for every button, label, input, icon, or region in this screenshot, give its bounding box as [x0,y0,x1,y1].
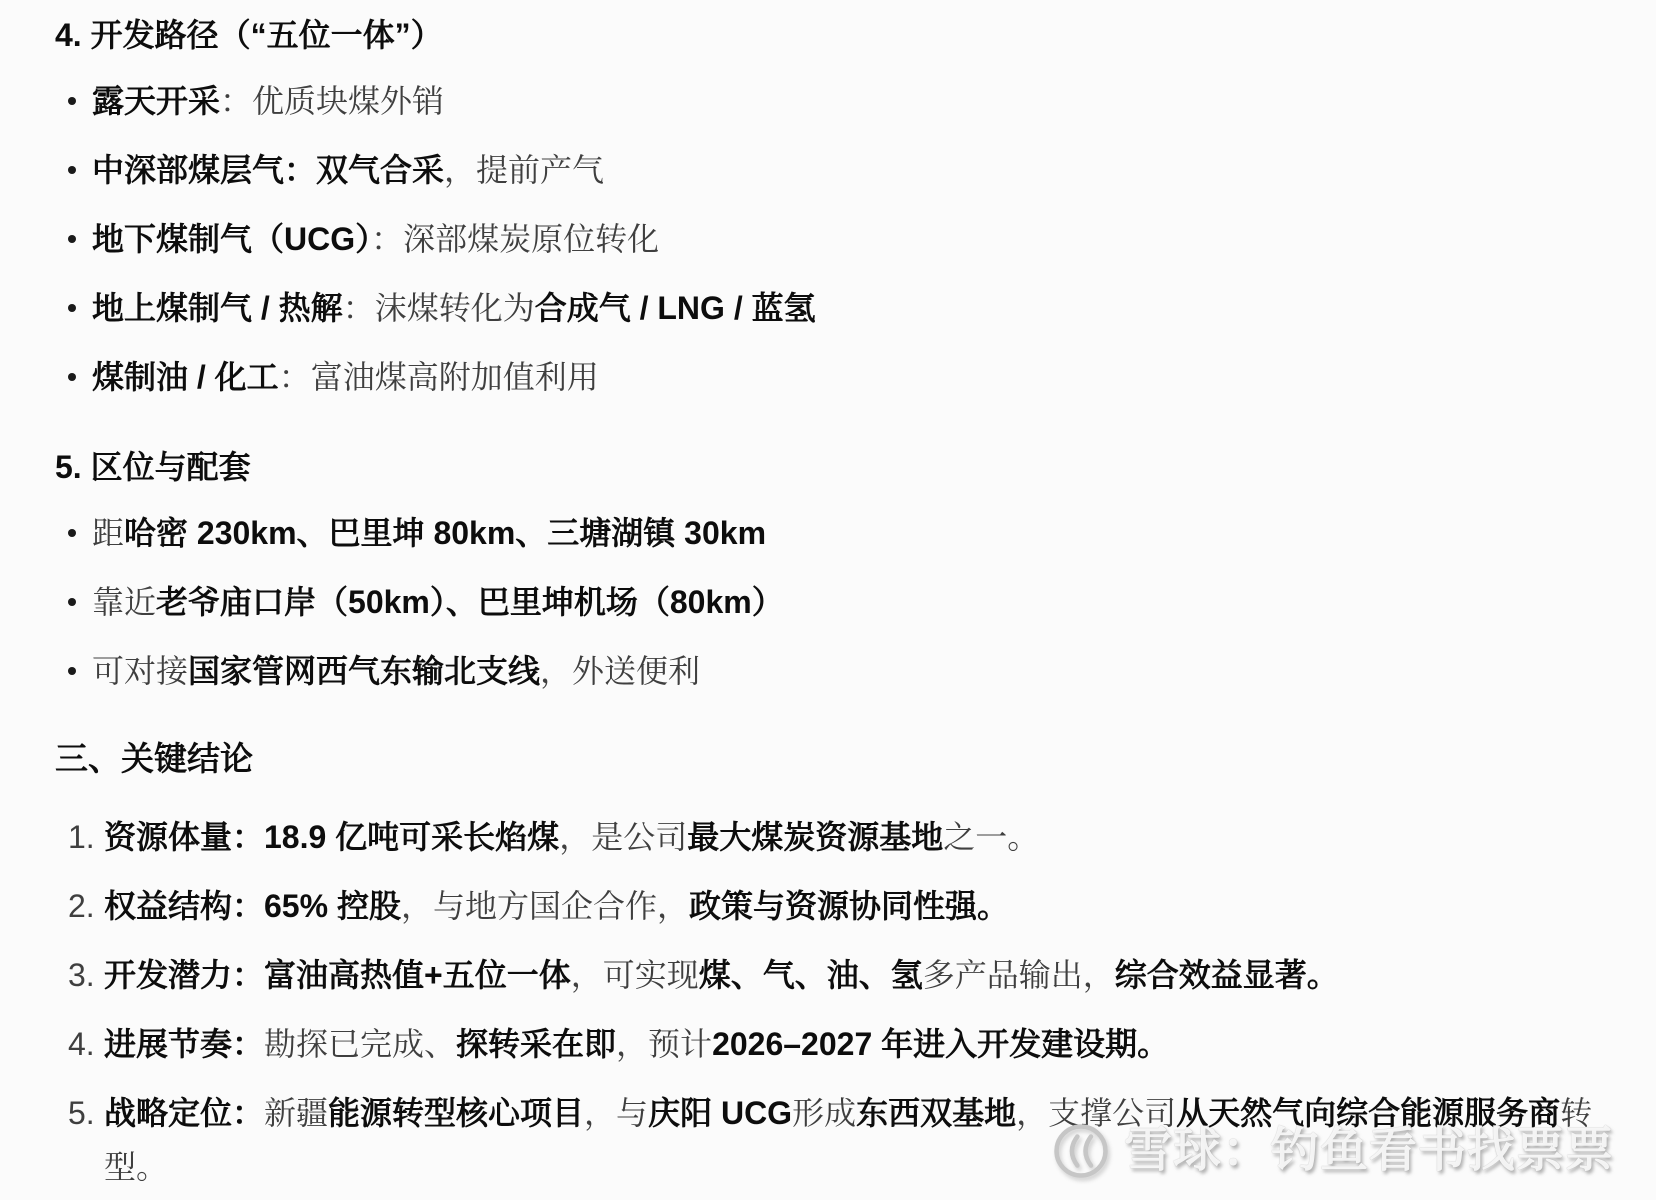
section-heading-conclusion: 三、关键结论 [55,732,1608,786]
list-item-text: 距哈密 230km、巴里坤 80km、三塘湖镇 30km [92,506,1608,560]
bullet-icon [68,529,76,537]
list-item-text: 战略定位：新疆能源转型核心项目，与庆阳 UCG形成东西双基地，支撑公司从天然气向… [104,1086,1608,1194]
list-item: 煤制油 / 化工：富油煤高附加值利用 [68,350,1608,404]
list-item-text: 地下煤制气（UCG）：深部煤炭原位转化 [92,212,1608,266]
list-item-text: 中深部煤层气：双气合采，提前产气 [92,143,1608,197]
list-item-text: 权益结构：65% 控股，与地方国企合作，政策与资源协同性强。 [104,879,1608,933]
list-item: 中深部煤层气：双气合采，提前产气 [68,143,1608,197]
list-item-text: 可对接国家管网西气东输北支线，外送便利 [92,644,1608,698]
list-item: 靠近老爷庙口岸（50km）、巴里坤机场（80km） [68,575,1608,629]
list-item-text: 煤制油 / 化工：富油煤高附加值利用 [92,350,1608,404]
ordered-marker: 5. [68,1086,98,1194]
list-item: 2. 权益结构：65% 控股，与地方国企合作，政策与资源协同性强。 [68,879,1608,933]
bullet-icon [68,667,76,675]
ordered-marker: 2. [68,879,98,933]
list-item: 可对接国家管网西气东输北支线，外送便利 [68,644,1608,698]
bullet-icon [68,304,76,312]
list-item: 5. 战略定位：新疆能源转型核心项目，与庆阳 UCG形成东西双基地，支撑公司从天… [68,1086,1608,1194]
list-item-text: 靠近老爷庙口岸（50km）、巴里坤机场（80km） [92,575,1608,629]
list-item: 1. 资源体量：18.9 亿吨可采长焰煤，是公司最大煤炭资源基地之一。 [68,810,1608,864]
ordered-marker: 3. [68,948,98,1002]
bullet-icon [68,97,76,105]
list-item-text: 进展节奏：勘探已完成、探转采在即，预计2026–2027 年进入开发建设期。 [104,1017,1608,1071]
section-heading-dev-path: 4. 开发路径（“五位一体”） [55,8,1608,62]
list-item: 地下煤制气（UCG）：深部煤炭原位转化 [68,212,1608,266]
bullet-icon [68,373,76,381]
document-body: 4. 开发路径（“五位一体”） 露天开采：优质块煤外销 中深部煤层气：双气合采，… [0,0,1656,1194]
bullet-icon [68,166,76,174]
list-item: 地上煤制气 / 热解：沫煤转化为合成气 / LNG / 蓝氢 [68,281,1608,335]
list-item-text: 开发潜力：富油高热值+五位一体，可实现煤、气、油、氢多产品输出，综合效益显著。 [104,948,1608,1002]
list-item: 4. 进展节奏：勘探已完成、探转采在即，预计2026–2027 年进入开发建设期… [68,1017,1608,1071]
section-heading-location: 5. 区位与配套 [55,440,1608,494]
list-item: 距哈密 230km、巴里坤 80km、三塘湖镇 30km [68,506,1608,560]
list-item-text: 露天开采：优质块煤外销 [92,74,1608,128]
list-item: 露天开采：优质块煤外销 [68,74,1608,128]
dev-path-list: 露天开采：优质块煤外销 中深部煤层气：双气合采，提前产气 地下煤制气（UCG）：… [55,74,1608,404]
list-item: 3. 开发潜力：富油高热值+五位一体，可实现煤、气、油、氢多产品输出，综合效益显… [68,948,1608,1002]
bullet-icon [68,598,76,606]
ordered-marker: 1. [68,810,98,864]
list-item-text: 资源体量：18.9 亿吨可采长焰煤，是公司最大煤炭资源基地之一。 [104,810,1608,864]
bullet-icon [68,235,76,243]
location-list: 距哈密 230km、巴里坤 80km、三塘湖镇 30km 靠近老爷庙口岸（50k… [55,506,1608,698]
ordered-marker: 4. [68,1017,98,1071]
conclusion-list: 1. 资源体量：18.9 亿吨可采长焰煤，是公司最大煤炭资源基地之一。 2. 权… [55,810,1608,1194]
list-item-text: 地上煤制气 / 热解：沫煤转化为合成气 / LNG / 蓝氢 [92,281,1608,335]
